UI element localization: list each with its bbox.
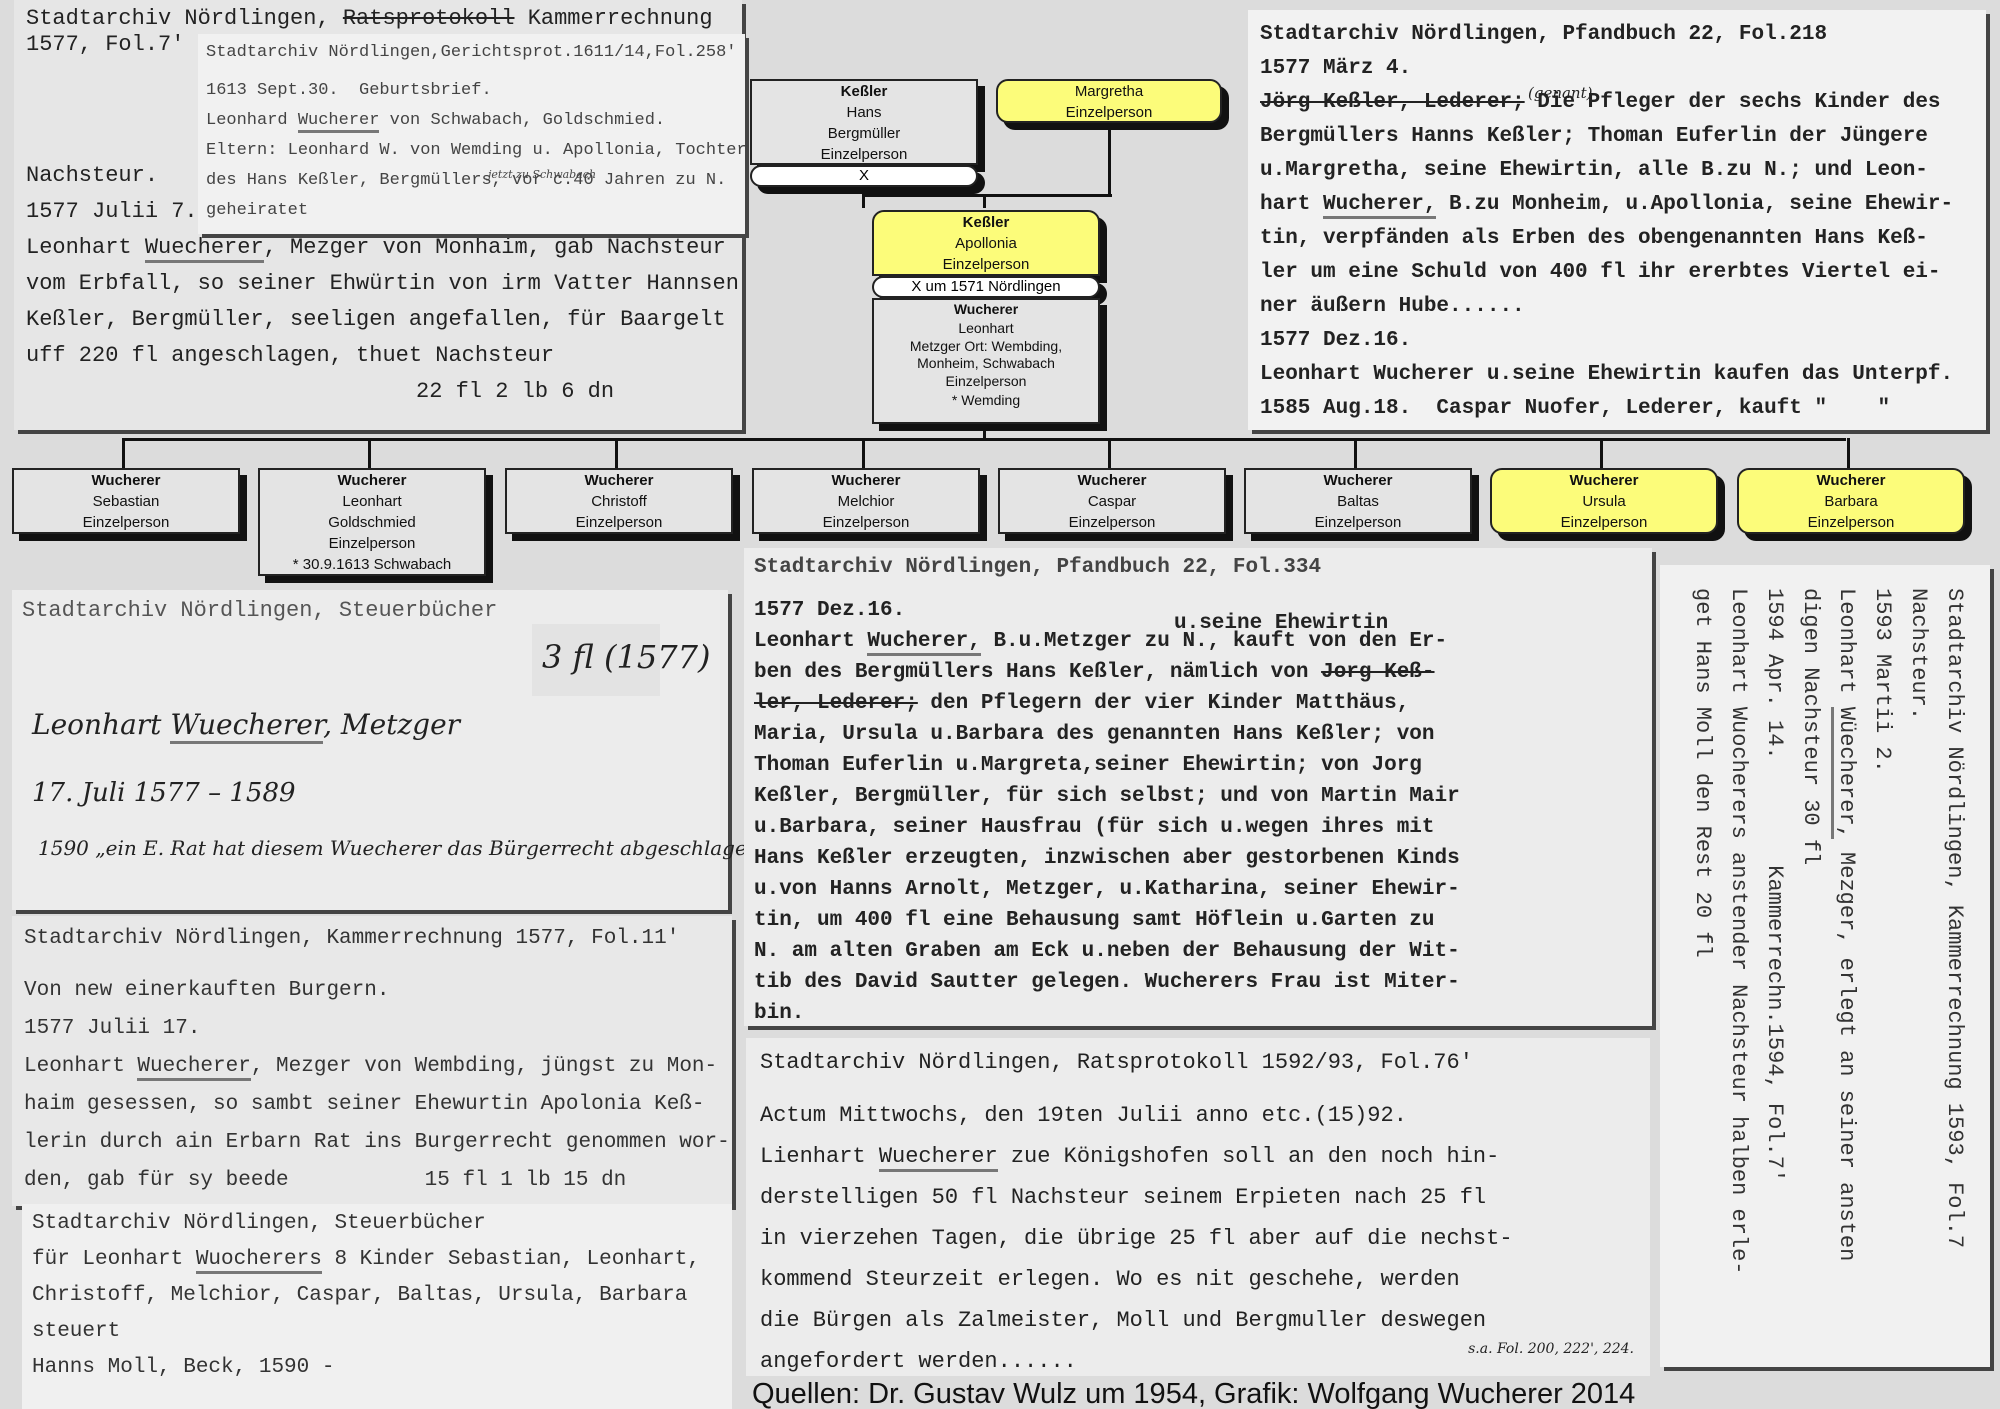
doc-amount: 15 fl 1 lb 15 dn [289,1169,627,1192]
source-text: Stadtarchiv Nördlingen, Steuerbücher [32,1206,722,1242]
person-type: Einzelperson [874,372,1098,391]
tree-connector [615,438,618,468]
surname: Keßler [752,81,976,102]
text: Leonhart [32,708,170,741]
occupation: Metzger Ort: Wembding, Monheim, Schwabac… [874,338,1098,372]
given-name: Melchior [754,491,978,512]
given-name: Baltas [1246,491,1470,512]
source-text: Stadtarchiv Nördlingen,Gerichtsprot.1611… [206,38,737,68]
doc-line: des Hans Keßler, Bergmüllers, vor c.40 J… [206,166,737,196]
person-box-margretha[interactable]: Margretha Einzelperson [996,79,1222,123]
source-text: Stadtarchiv Nördlingen, Ratsprotokoll 15… [760,1042,1636,1083]
tree-connector [1108,120,1111,197]
doc-line: Bergmüllers Hanns Keßler; Thoman Euferli… [1260,120,1974,154]
person-type: Einzelperson [754,512,978,533]
source-text: Stadtarchiv Nördlingen, Pfandbuch 22, Fo… [754,552,1642,583]
doc-line: Leonhart Wuocherers anstender Nachsteur … [1720,588,1756,1354]
text: , Mezger von Wembding, jüngst zu Mon- [251,1055,717,1078]
doc-pfandbuch-22-fol218: Stadtarchiv Nördlingen, Pfandbuch 22, Fo… [1248,10,1986,430]
doc-line: get Hans Moll den Rest 20 fl [1684,588,1720,1354]
handwritten-amount: 3 fl (1577) [542,638,710,676]
surname: Wucherer [1246,470,1470,491]
struck-text: Ratsprotokoll [343,6,515,31]
tree-connector [1108,438,1111,468]
text: Mezger, erlegt an seiner ansten [1834,839,1859,1261]
source-text: Stadtarchiv Nördlingen, Kammerrechnung 1… [1936,588,1972,1354]
doc-line: haim gesessen, so sambt seiner Ehewurtin… [24,1086,720,1124]
doc-gerichtsprotokoll-1611: Stadtarchiv Nördlingen,Gerichtsprot.1611… [198,34,745,234]
doc-line: Eltern: Leonhard W. von Wemding u. Apoll… [206,136,737,166]
highlighted-name: Wucherer, [1323,193,1436,219]
occupation: Goldschmied [260,512,484,533]
tree-connector [368,438,371,468]
tree-connector [862,194,1112,197]
struck-text: ler, Lederer; [754,692,918,715]
text: Leonhart [1834,588,1859,707]
given-name: Caspar [1000,491,1224,512]
birth-info: * Wemding [874,391,1098,410]
surname: Wucherer [874,300,1098,319]
person-type: Einzelperson [1246,512,1470,533]
doc-line: Keßler, Bergmüller, für sich selbst; und… [754,781,1642,812]
surname: Wucherer [1000,470,1224,491]
text: B.zu Monheim, u.Apollonia, seine Ehewir- [1436,193,1953,216]
marriage-pill-hans: X [750,165,978,187]
highlighted-name: Wuecherer [137,1055,250,1081]
text: Leonhard [206,111,298,130]
source-text: Kammerrechnung [515,6,713,31]
doc-line: tin, verpfänden als Erben des obengenann… [1260,222,1974,256]
text: den Pflegern der vier Kinder Matthäus, [918,692,1409,715]
doc-line: Thoman Euferlin u.Margreta,seiner Ehewir… [754,750,1642,781]
person-box-child-caspar[interactable]: WuchererCasparEinzelperson [998,468,1226,534]
person-box-leonhart-wucherer[interactable]: Wucherer Leonhart Metzger Ort: Wembding,… [872,298,1100,424]
given-name: Christoff [507,491,731,512]
doc-line: ler um eine Schuld von 400 fl ihr ererbt… [1260,256,1974,290]
doc-ratsprotokoll-1592: Stadtarchiv Nördlingen, Ratsprotokoll 15… [746,1038,1650,1376]
text: für Leonhart [32,1248,196,1271]
handwritten-dates: 17. Juli 1577 – 1589 [32,778,296,808]
person-type: Einzelperson [998,102,1220,123]
doc-line: Hans Keßler erzeugten, inzwischen aber g… [754,843,1642,874]
doc-line: kommend Steurzeit erlegen. Wo es nit ges… [760,1259,1636,1300]
doc-line: tin, um 400 fl eine Behausung samt Höfle… [754,905,1642,936]
doc-line: u.Barbara, seiner Hausfrau (für sich u.w… [754,812,1642,843]
text: den, gab für sy beede [24,1169,289,1192]
highlighted-name: Wuocherers [196,1248,322,1274]
person-box-child-barbara[interactable]: WuchererBarbaraEinzelperson [1737,468,1965,534]
person-type: Einzelperson [507,512,731,533]
tree-connector [862,196,865,208]
text: zue Königshofen soll an den noch hin- [998,1144,1500,1169]
handwritten-annotation: jetzt zu Schwabach [488,160,596,190]
highlighted-name: Wüecherer, [1831,707,1859,839]
given-name: Leonhart [874,319,1098,338]
surname: Wucherer [260,470,484,491]
doc-line: lerin durch ain Erbarn Rat ins Burgerrec… [24,1124,720,1162]
person-box-child-ursula[interactable]: WuchererUrsulaEinzelperson [1490,468,1718,534]
given-name: Leonhart [260,491,484,512]
person-box-child-baltas[interactable]: WuchererBaltasEinzelperson [1244,468,1472,534]
source-text: Stadtarchiv Nördlingen, Pfandbuch 22, Fo… [1260,18,1974,52]
doc-line: Christoff, Melchior, Caspar, Baltas, Urs… [32,1278,722,1314]
given-name: Barbara [1739,491,1963,512]
highlighted-name: Wuecherer [145,235,264,263]
doc-kammerrechnung-1593: Stadtarchiv Nördlingen, Kammerrechnung 1… [1666,578,1976,1364]
highlighted-name: Wuecherer [879,1144,998,1172]
doc-steuerbuecher-card: Stadtarchiv Nördlingen, Steuerbücher 3 f… [12,590,728,910]
person-box-child-sebastian[interactable]: WuchererSebastianEinzelperson [12,468,240,534]
person-type: Einzelperson [1492,512,1716,533]
doc-line: ner äußern Hube...... [1260,290,1974,324]
doc-line: digen Nachsteur 30 fl [1792,588,1828,1354]
doc-line: 1585 Aug.18. Caspar Nuofer, Lederer, kau… [1260,392,1974,426]
text: Leonhart [754,630,867,653]
person-box-child-melchior[interactable]: WuchererMelchiorEinzelperson [752,468,980,534]
doc-line: u.Margretha, seine Ehewirtin, alle B.zu … [1260,154,1974,188]
doc-line: Hanns Moll, Beck, 1590 - [32,1350,722,1386]
doc-kammerrechnung-1577-fol11: Stadtarchiv Nördlingen, Kammerrechnung 1… [12,916,732,1206]
highlighted-name: Wucherer, [867,630,980,656]
struck-text: Jorg Keß- [1321,661,1434,684]
doc-line: Leonhart Wucherer u.seine Ehewirtin kauf… [1260,358,1974,392]
tree-connector [1847,438,1850,468]
tree-connector [122,438,1846,441]
person-type: Einzelperson [1739,512,1963,533]
person-box-apollonia-kessler[interactable]: Keßler Apollonia Einzelperson [872,210,1100,276]
source-text: Stadtarchiv Nördlingen, [26,6,343,31]
doc-heading: Von new einerkauften Burgern. [24,972,720,1010]
given-name: Ursula [1492,491,1716,512]
handwritten-note: s.a. Fol. 200, 222', 224. [1468,1329,1634,1370]
doc-pfandbuch-22-fol334: Stadtarchiv Nördlingen, Pfandbuch 22, Fo… [744,548,1652,1026]
given-name: Apollonia [874,233,1098,254]
person-box-child-leonhart[interactable]: WuchererLeonhartGoldschmiedEinzelperson*… [258,468,486,576]
doc-line: steuert [32,1314,722,1350]
doc-line: in vierzehen Tagen, die übrige 25 fl abe… [760,1218,1636,1259]
surname: Keßler [874,212,1098,233]
inserted-text: u.seine Ehewirtin [1174,608,1388,639]
text: ben des Bergmüllers Hans Keßler, nämlich… [754,661,1321,684]
tree-connector [1600,438,1603,468]
occupation: Bergmüller [752,123,976,144]
birth-info: * 30.9.1613 Schwabach [260,554,484,575]
tree-connector [1354,438,1357,468]
given-name: Sebastian [14,491,238,512]
doc-date: 1577 Julii 17. [24,1010,720,1048]
marriage-pill-apollonia: X um 1571 Nördlingen [872,276,1100,298]
doc-line: tib des David Sautter gelegen. Wucherers… [754,967,1642,998]
tree-connector [122,438,125,468]
surname: Wucherer [1492,470,1716,491]
doc-steuerbuecher-kinder: Stadtarchiv Nördlingen, Steuerbücher für… [22,1204,732,1409]
footer-credits: Quellen: Dr. Gustav Wulz um 1954, Grafik… [752,1378,1635,1409]
person-type: Einzelperson [874,254,1098,275]
given-name: Margretha [998,81,1220,102]
surname: Wucherer [14,470,238,491]
handwritten-note: 1590 „ein E. Rat hat diesem Wuecherer da… [38,836,769,860]
text: hart [1260,193,1323,216]
doc-line: Maria, Ursula u.Barbara des genannten Ha… [754,719,1642,750]
source-text: Stadtarchiv Nördlingen, Kammerrechnung 1… [24,920,720,958]
struck-text: Jörg Keßler, Lederer; [1260,91,1525,114]
doc-date: 1577 Dez.16. [1260,324,1974,358]
surname: Wucherer [507,470,731,491]
doc-date: 1613 Sept.30. Geburtsbrief. [206,76,737,106]
person-type: Einzelperson [752,144,976,165]
doc-line: 1594 Apr. 14. Kammerrechn.1594, Fol.7' [1756,588,1792,1354]
surname: Wucherer [1739,470,1963,491]
doc-line: geheiratet [206,196,737,226]
person-type: Einzelperson [260,533,484,554]
text: Leonhart [24,1055,137,1078]
doc-line: bin. [754,998,1642,1029]
person-box-hans-kessler[interactable]: Keßler Hans Bergmüller Einzelperson [750,79,978,165]
person-box-child-christoff[interactable]: WuchererChristoffEinzelperson [505,468,733,534]
text: Leonhart [26,235,145,260]
surname: Wucherer [754,470,978,491]
person-type: Einzelperson [1000,512,1224,533]
text: Lienhart [760,1144,879,1169]
text: 8 Kinder Sebastian, Leonhart, [322,1248,700,1271]
source-text: Stadtarchiv Nördlingen, Steuerbücher [22,598,718,623]
highlighted-name: Wucherer [298,111,380,133]
text: von Schwabach, Goldschmied. [379,111,665,130]
doc-line: u.von Hanns Arnolt, Metzger, u.Katharina… [754,874,1642,905]
doc-amount: 22 fl 2 lb 6 dn [26,374,730,410]
tree-connector [983,196,986,208]
text: , Mezger von Monhaim, gab Nachsteur [264,235,726,260]
person-type: Einzelperson [14,512,238,533]
text: , Metzger [323,708,460,741]
tree-connector [862,438,865,468]
handwritten-annotation: (genant) [1528,76,1592,110]
doc-date: 1577 März 4. [1260,52,1974,86]
doc-line: N. am alten Graben am Eck u.neben der Be… [754,936,1642,967]
doc-line: derstelligen 50 fl Nachsteur seinem Erpi… [760,1177,1636,1218]
doc-heading: Nachsteur. [1900,588,1936,1354]
doc-line: uff 220 fl angeschlagen, thuet Nachsteur [26,338,730,374]
doc-line: vom Erbfall, so seiner Ehwürtin von irm … [26,266,730,302]
given-name: Hans [752,102,976,123]
doc-line: Actum Mittwochs, den 19ten Julii anno et… [760,1095,1636,1136]
doc-date: 1593 Martii 2. [1864,588,1900,1354]
highlighted-name: Wuecherer [170,708,323,744]
doc-line: Keßler, Bergmüller, seeligen angefallen,… [26,302,730,338]
